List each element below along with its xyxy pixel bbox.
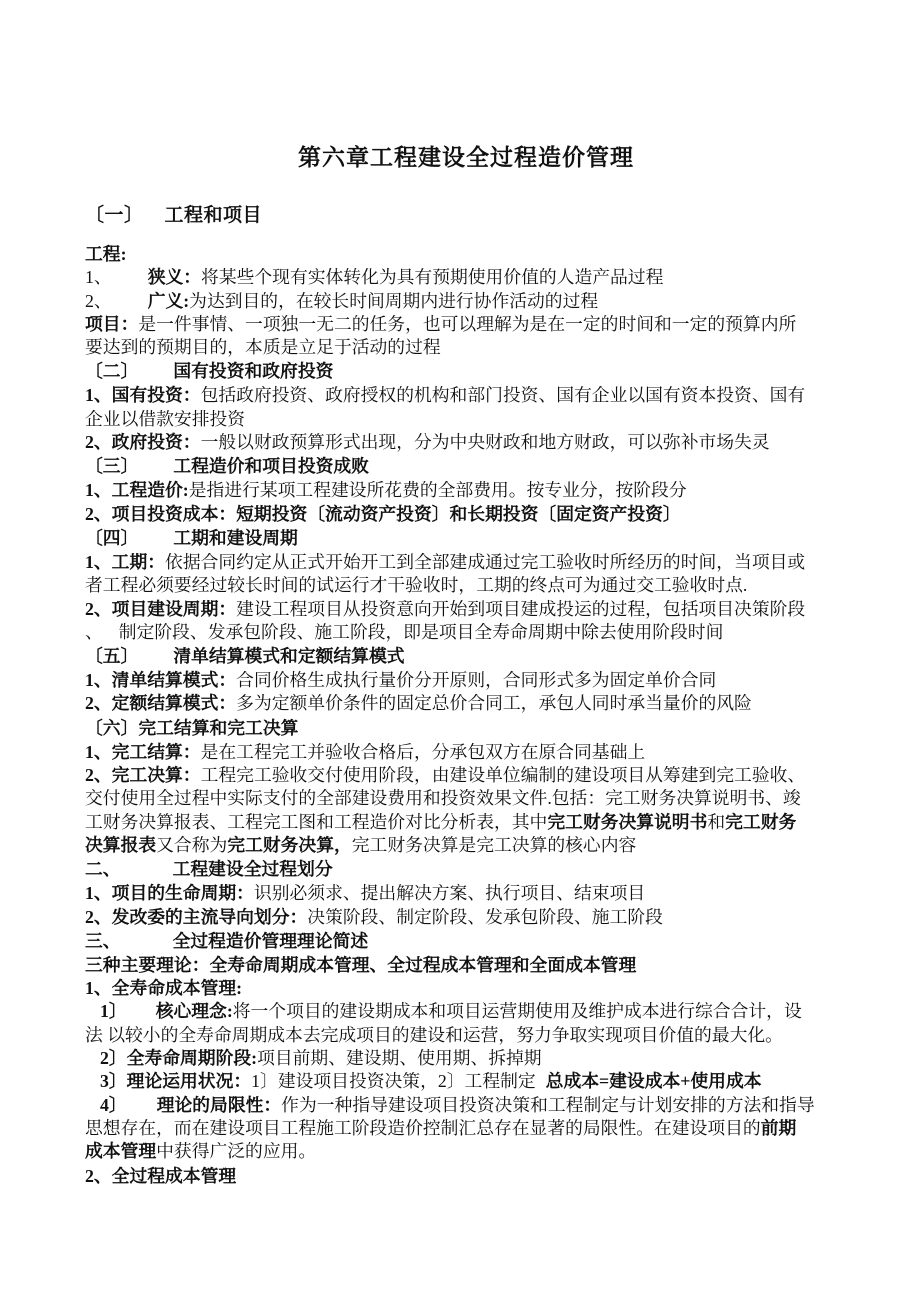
text-run: 项目前期、建设期、使用期、拆掉期 [257,1048,542,1068]
bold-text-run: 1、完工结算： [85,742,201,762]
bold-text-run: 清单结算模式和定额结算模式 [173,646,404,666]
text-line: 1〕核心理念:将一个项目的建设期成本和项目运营期使用及维护成本进行综合合计，设 [85,1000,847,1023]
text-line: 思想存在，而在建设项目工程施工阶段造价控制汇总存在显著的局限性。在建设项目的前期 [85,1117,847,1140]
text-run: 作为一种指导建设项目投资决策和工程制定与计划安排的方法和指导 [281,1095,814,1115]
text-line: 者工程必须要经过较长时间的试运行才干验收时，工期的终点可为通过交工验收时点. [85,574,847,597]
bold-text-run: 工程造价和项目投资成败 [173,456,369,476]
text-run: 多为定额单价条件的固定总价合同工，承包人同时承当量价的风险 [236,693,752,713]
bold-text-run: 1、项目的生命周期： [85,883,254,903]
text-line: 2、发改委的主流导向划分：决策阶段、制定阶段、发承包阶段、施工阶段 [85,906,847,929]
section-heading-major: 〔一〕工程和项目 [85,203,847,229]
bold-text-run: 工程建设全过程划分 [173,859,333,879]
spacer [127,1110,157,1111]
bold-text-run: 核心理念: [156,1001,233,1021]
document-page: 第六章工程建设全过程造价管理 〔一〕工程和项目工程:1、狭义：将某些个现有实体转… [0,0,920,1302]
bold-text-run: 1、清单结算模式： [85,670,236,690]
text-run: 依据合同约定从正式开始开工到全部建成通过完工验收时所经历的时间，当项目或 [165,552,805,572]
spacer [138,543,173,544]
bold-text-run: 工程: [85,244,126,264]
bold-text-run: 广义: [148,291,189,311]
bold-text-run: 1、全寿命成本管理: [85,978,242,998]
bold-text-run: 2、发改委的主流导向划分： [85,907,307,927]
section-heading: 三、全过程造价管理理论简述 [85,929,847,954]
text-run: 交付使用全过程中实际支付的全部建设费用和投资效果文件.包括：完工财务决算说明书、… [85,788,801,808]
section-heading: 二、工程建设全过程划分 [85,857,847,882]
spacer [112,306,148,307]
text-run: 中获得广泛的应用。 [156,1141,316,1161]
text-run: 又合称为 [156,835,227,855]
text-run: 企业以借款安排投资 [85,409,245,429]
text-run: 是在工程完工并验收合格后，分承包双方在原合同基础上 [201,742,646,762]
text-line: 2、政府投资：一般以财政预算形式出现，分为中央财政和地方财政，可以弥补市场失灵 [85,431,847,454]
text-run: 工程完工验收交付使用阶段，由建设单位编制的建设项目从筹建到完工验收、 [201,765,806,785]
text-line: 工财务决算报表、工程完工图和工程造价对比分析表，其中完工财务决算说明书和完工财务 [85,811,847,834]
text-run: 是一件事情、一项独一无二的任务，也可以理解为是在一定的时间和一定的预算内所 [138,314,796,334]
text-line: 2、广义:为达到目的，在较长时间周期内进行协作活动的过程 [85,290,847,313]
bold-text-run: 完工财务 [725,812,796,832]
bold-text-run: 狭义： [148,267,201,287]
text-line: 1、项目的生命周期：识别必须求、提出解决方案、执行项目、结束项目 [85,882,847,905]
text-line: 要达到的预期目的，本质是立足于活动的过程 [85,336,847,359]
bold-text-run: 2、定额结算模式： [85,693,236,713]
text-line: 2〕全寿命周期阶段:项目前期、建设期、使用期、拆掉期 [85,1047,847,1070]
text-line: 、制定阶段、发承包阶段、施工阶段，即是项目全寿命周期中除去使用阶段时间 [85,621,847,644]
text-run: 将一个项目的建设期成本和项目运营期使用及维护成本进行综合合计，设 [233,1001,802,1021]
text-run: 包括政府投资、政府授权的机构和部门投资、国有企业以国有资本投资、国有 [201,385,806,405]
text-run: 为达到目的，在较长时间周期内进行协作活动的过程 [189,291,598,311]
text-run: 合同价格生成执行量价分开原则，合同形式多为固定单价合同 [236,670,716,690]
bold-text-run: 3〕理论运用状况： [100,1071,251,1091]
text-line: 法 以较小的全寿命周期成本去完成项目的建设和运营，努力争取实现项目价值的最大化。 [85,1024,847,1047]
spacer [121,946,173,947]
text-line: 1、完工结算：是在工程完工并验收合格后，分承包双方在原合同基础上 [85,741,847,764]
spacer [127,1016,156,1017]
bold-text-run: 前期 [761,1118,797,1138]
spacer [103,637,119,638]
text-line: 1、全寿命成本管理: [85,977,847,1000]
spacer [138,376,173,377]
bold-text-run: 工程和项目 [165,205,263,226]
bold-text-run: 4〕 [100,1095,127,1115]
bold-text-run: 2、全过程成本管理 [85,1166,236,1186]
bold-text-run: 〔六〕完工结算和完工决算 [85,718,298,738]
text-run: 2、 [85,291,112,311]
page-content: 第六章工程建设全过程造价管理 〔一〕工程和项目工程:1、狭义：将某些个现有实体转… [85,0,847,1189]
section-heading: 〔五〕清单结算模式和定额结算模式 [85,644,847,669]
text-run: 识别必须求、提出解决方案、执行项目、结束项目 [254,883,645,903]
spacer [536,1086,546,1087]
bold-text-run: 工期和建设周期 [173,528,297,548]
text-line: 成本管理中获得广泛的应用。 [85,1140,847,1163]
text-run: 建设工程项目从投资意向开始到项目建成投运的过程，包括项目决策阶段 [236,599,805,619]
text-line: 企业以借款安排投资 [85,408,847,431]
text-line: 1、狭义：将某些个现有实体转化为具有预期使用价值的人造产品过程 [85,266,847,289]
text-line: 工程: [85,243,847,266]
bold-text-run: 国有投资和政府投资 [173,361,333,381]
text-line: 1、清单结算模式：合同价格生成执行量价分开原则，合同形式多为固定单价合同 [85,669,847,692]
text-run: 一般以财政预算形式出现，分为中央财政和地方财政，可以弥补市场失灵 [201,432,770,452]
text-run: 完工财务决算是完工决算的核心内容 [352,835,637,855]
spacer [138,471,173,472]
bold-text-run: 三种主要理论：全寿命周期成本管理、全过程成本管理和全面成本管理 [85,955,636,975]
text-run: 要达到的预期目的，本质是立足于活动的过程 [85,337,441,357]
bold-text-run: 〔二〕 [85,361,138,381]
text-line: 决算报表又合称为完工财务决算，完工财务决算是完工决算的核心内容 [85,834,847,857]
bold-text-run: 2、政府投资： [85,432,201,452]
text-line: 4〕理论的局限性：作为一种指导建设项目投资决策和工程制定与计划安排的方法和指导 [85,1094,847,1117]
spacer [121,874,173,875]
spacer [138,661,173,662]
bold-text-run: 2、项目投资成本：短期投资〔流动资产投资〕和长期投资〔固定资产投资〕 [85,504,681,524]
text-run: 思想存在，而在建设项目工程施工阶段造价控制汇总存在显著的局限性。在建设项目的 [85,1118,761,1138]
section-heading: 〔二〕国有投资和政府投资 [85,359,847,384]
text-line: 1、国有投资：包括政府投资、政府授权的机构和部门投资、国有企业以国有资本投资、国… [85,384,847,407]
bold-text-run: 2〕全寿命周期阶段: [100,1048,257,1068]
text-line: 三种主要理论：全寿命周期成本管理、全过程成本管理和全面成本管理 [85,954,847,977]
bold-text-run: 完工财务决算说明书 [547,812,707,832]
text-run: 是指进行某项工程建设所花费的全部费用。按专业分，按阶段分 [189,480,687,500]
bold-text-run: 三、 [85,931,121,951]
text-line: 1、工程造价:是指进行某项工程建设所花费的全部费用。按专业分，按阶段分 [85,479,847,502]
text-run: 法 以较小的全寿命周期成本去完成项目的建设和运营，努力争取实现项目价值的最大化。 [85,1025,783,1045]
text-line: 1、工期：依据合同约定从正式开始开工到全部建成通过完工验收时所经历的时间，当项目… [85,551,847,574]
text-run: 将某些个现有实体转化为具有预期使用价值的人造产品过程 [201,267,663,287]
text-run: 制定阶段、发承包阶段、施工阶段，即是项目全寿命周期中除去使用阶段时间 [119,622,724,642]
text-run: 、 [85,622,103,642]
section-heading: 2、全过程成本管理 [85,1164,847,1189]
bold-text-run: 二、 [85,859,121,879]
text-run: 1〕建设项目投资决策，2〕工程制定 [251,1071,536,1091]
bold-text-run: 全过程造价管理理论简述 [173,931,369,951]
spacer [144,220,165,221]
document-title: 第六章工程建设全过程造价管理 [85,144,847,172]
bold-text-run: 〔四〕 [85,528,138,548]
text-run: 工财务决算报表、工程完工图和工程造价对比分析表，其中 [85,812,547,832]
bold-text-run: 〔五〕 [85,646,138,666]
bold-text-run: 理论的局限性： [157,1095,281,1115]
text-line: 2、定额结算模式：多为定额单价条件的固定总价合同工，承包人同时承当量价的风险 [85,692,847,715]
text-line: 3〕理论运用状况：1〕建设项目投资决策，2〕工程制定总成本=建设成本+使用成本 [85,1070,847,1093]
bold-text-run: 项目： [85,314,138,334]
text-line: 2、项目建设周期：建设工程项目从投资意向开始到项目建成投运的过程，包括项目决策阶… [85,598,847,621]
document-lines: 〔一〕工程和项目工程:1、狭义：将某些个现有实体转化为具有预期使用价值的人造产品… [85,203,847,1189]
bold-text-run: 决算报表 [85,835,156,855]
bold-text-run: 完工财务决算， [227,835,351,855]
text-line: 2、完工决算：工程完工验收交付使用阶段，由建设单位编制的建设项目从筹建到完工验收… [85,764,847,787]
text-run: 决策阶段、制定阶段、发承包阶段、施工阶段 [307,907,663,927]
text-run: 和 [707,812,725,832]
section-heading: 〔三〕工程造价和项目投资成败 [85,454,847,479]
spacer [112,282,148,283]
bold-text-run: 1〕 [100,1001,127,1021]
bold-text-run: 〔一〕 [85,205,144,226]
bold-text-run: 总成本=建设成本+使用成本 [546,1071,762,1091]
bold-text-run: 1、工程造价: [85,480,189,500]
bold-text-run: 2、项目建设周期： [85,599,236,619]
bold-text-run: 2、完工决算： [85,765,201,785]
text-line: 项目：是一件事情、一项独一无二的任务，也可以理解为是在一定的时间和一定的预算内所 [85,313,847,336]
section-heading: 〔四〕工期和建设周期 [85,526,847,551]
bold-text-run: 1、工期： [85,552,165,572]
bold-text-run: 1、国有投资： [85,385,201,405]
text-line: 2、项目投资成本：短期投资〔流动资产投资〕和长期投资〔固定资产投资〕 [85,503,847,526]
text-run: 者工程必须要经过较长时间的试运行才干验收时，工期的终点可为通过交工验收时点. [85,575,747,595]
bold-text-run: 〔三〕 [85,456,138,476]
text-run: 1、 [85,267,112,287]
bold-text-run: 成本管理 [85,1141,156,1161]
text-line: 交付使用全过程中实际支付的全部建设费用和投资效果文件.包括：完工财务决算说明书、… [85,787,847,810]
section-heading: 〔六〕完工结算和完工决算 [85,716,847,741]
